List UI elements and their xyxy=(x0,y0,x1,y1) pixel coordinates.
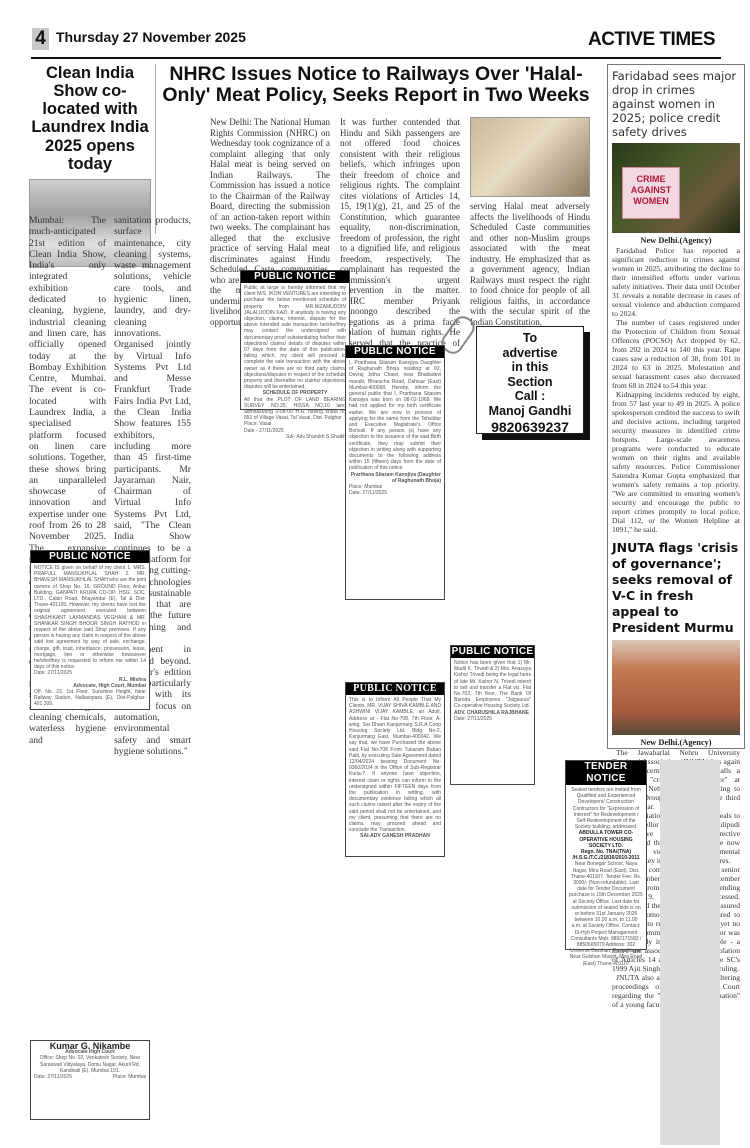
crime-photo: CRIME AGAINST WOMEN xyxy=(612,143,740,233)
right-news-box: Faridabad sees major drop in crimes agai… xyxy=(607,64,745,749)
nhrc-col2: It was further contended that Hindu and … xyxy=(340,117,460,359)
headline-jnuta: JNUTA flags 'crisis of governance'; seek… xyxy=(612,540,740,636)
nhrc-col3-text: serving Halal meat adversely affects the… xyxy=(470,201,590,327)
nhrc-col3: serving Halal meat adversely affects the… xyxy=(470,117,590,359)
public-notice-flat: PUBLIC NOTICE This is to Inform All Peop… xyxy=(345,682,445,857)
blank-gray-column xyxy=(660,760,720,1145)
faridabad-body: Faridabad Police has reported a signific… xyxy=(612,246,740,534)
headline-faridabad: Faridabad sees major drop in crimes agai… xyxy=(612,69,740,139)
tender-notice: TENDER NOTICE Sealed tenders are invited… xyxy=(565,760,647,950)
headline-clean-india: Clean India Show co-located with Laundre… xyxy=(29,64,151,173)
advertise-phone: 9820639237 xyxy=(477,420,583,435)
advertise-box: To advertise in this Section Call : Mano… xyxy=(476,326,584,434)
public-notice-trivedi: PUBLIC NOTICE Notice has been given that… xyxy=(450,645,535,785)
newspaper-brand: ACTIVE TIMES xyxy=(588,29,715,51)
crime-sign: CRIME AGAINST WOMEN xyxy=(622,167,680,219)
public-notice-nikambe: Kumar G. Nikambe Advocate High Court Off… xyxy=(30,1040,150,1120)
nhrc-photo xyxy=(470,117,590,197)
public-notice-shop: PUBLIC NOTICE NOTICE IS given on behalf … xyxy=(30,550,150,710)
faridabad-dateline: New Delhi.(Agency) xyxy=(612,236,740,245)
public-notice-ikon: PUBLIC NOTICE Public at large is hereby … xyxy=(240,270,350,410)
headline-nhrc: NHRC Issues Notice to Railways Over 'Hal… xyxy=(160,64,592,107)
jnuta-dateline: New Delhi.(Agency) xyxy=(612,738,740,747)
page-number: 4 xyxy=(32,28,49,50)
masthead: 4 Thursday 27 November 2025 ACTIVE TIMES xyxy=(31,26,721,59)
issue-date: Thursday 27 November 2025 xyxy=(56,29,246,45)
story-nhrc: NHRC Issues Notice to Railways Over 'Hal… xyxy=(160,64,592,107)
jnu-photo xyxy=(612,640,740,735)
column-divider xyxy=(155,64,156,234)
public-notice-birth: PUBLIC NOTICE I, Prarthana Sitaram Kanoj… xyxy=(345,345,445,600)
